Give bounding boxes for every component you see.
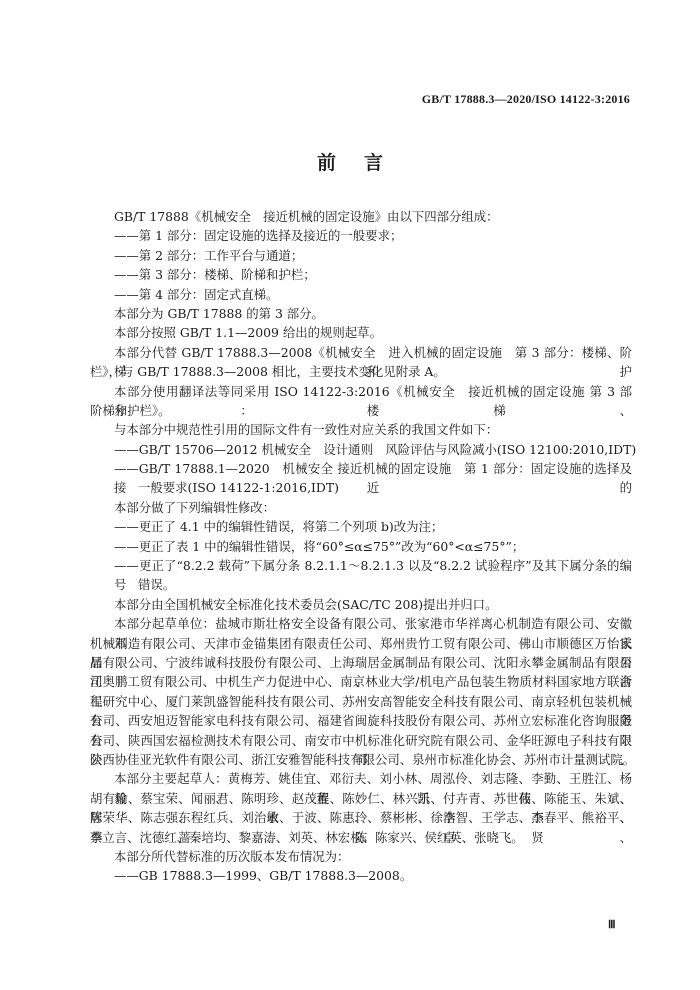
text-line: 本部分所代替标准的历次版本发布情况为： (90, 847, 632, 866)
text-line: 本部分按照 GB/T 1.1—2009 给出的规则起草。 (90, 323, 632, 342)
text-line: ——第 4 部分：固定式直梯。 (90, 285, 632, 304)
text-line: 本部分为 GB/T 17888 的第 3 部分。 (90, 304, 632, 323)
text-line: 本部分起草单位：盐城市斯壮格安全设备有限公司、张家港市华祥离心机制造有限公司、安… (90, 614, 632, 633)
text-line: 本部分使用翻译法等同采用 ISO 14122-3:2016《机械安全 接近机械的… (90, 382, 632, 401)
text-line: 程研究中心、厦门莱凯盛智能科技有限公司、苏州安高智能安全科技有限公司、南京轻机包… (90, 692, 632, 711)
text-line: 品有限公司、宁波纬诚科技股份有限公司、上海瑞居金属制品有限公司、沈阳永攀金属制品… (90, 653, 632, 672)
text-line: 与本部分中规范性引用的国际文件有一致性对应关系的我国文件如下： (90, 420, 632, 439)
text-line: 错误。 (90, 575, 632, 594)
text-line: ——更正了表 1 中的编辑性错误，将“60°≤α≤75°”改为“60°<α≤75… (90, 537, 632, 556)
text-line: 陕西协佳亚光软件有限公司、浙江安雅智能科技有限公司、泉州市标准化协会、苏州市计量… (90, 750, 632, 769)
text-line: ——GB/T 17888.1—2020 机械安全 接近机械的固定设施 第 1 部… (90, 459, 632, 478)
text-line: 江奥鹏工贸有限公司、中机生产力促进中心、南京林业大学/机电产品包装生物质材料国家… (90, 672, 632, 691)
text-line: 本部分做了下列编辑性修改： (90, 498, 632, 517)
text-line: 本部分代替 GB/T 17888.3—2008《机械安全 进入机械的固定设施 第… (90, 343, 632, 362)
text-line: ——更正了 4.1 中的编辑性错误，将第二个列项 b)改为注； (90, 517, 632, 536)
text-line: ——更正了“8.2.2 载荷”下属分条 8.2.1.1～8.2.1.3 以及“8… (90, 556, 632, 575)
text-line: 公司、西安旭迈智能家电科技有限公司、福建省闽旋科技股份有限公司、苏州立宏标准化咨… (90, 711, 632, 730)
text-line: 居荣华、陈志强、程红兵、刘治永、于波、陈惠玲、蔡彬彬、徐浩智、王学志、李春平、熊… (90, 808, 632, 827)
text-line: 公司、陕西国宏福检测技术有限公司、南安市中机标准化研究院有限公司、金华旺源电子科… (90, 731, 632, 750)
text-line: ——GB 17888.3—1999、GB/T 17888.3—2008。 (90, 866, 632, 885)
foreword-body: GB/T 17888《机械安全 接近机械的固定设施》由以下四部分组成：——第 1… (90, 207, 632, 886)
text-line: 本部分由全国机械安全标准化技术委员会(SAC/TC 208)提出并归口。 (90, 595, 632, 614)
text-line: 胡有瑜、蔡宝荣、闻丽君、陈明珍、赵茂程、陈妙仁、林兴乐、付卉青、苏世伟、陈能玉、… (90, 789, 632, 808)
text-line: GB/T 17888《机械安全 接近机械的固定设施》由以下四部分组成： (90, 207, 632, 226)
text-line: ——第 3 部分：楼梯、阶梯和护栏； (90, 265, 632, 284)
text-line: ——GB/T 15706—2012 机械安全 设计通则 风险评估与风险减小(IS… (90, 440, 632, 459)
text-line: 本部分主要起草人：黄梅芳、姚佳宜、邓衍夫、刘小林、周泓伶、刘志隆、李勤、王胜江、… (90, 769, 632, 788)
text-line: ——第 1 部分：固定设施的选择及接近的一般要求； (90, 226, 632, 245)
standard-code-header: GB/T 17888.3—2020/ISO 14122-3:2016 (422, 92, 630, 107)
page-number: Ⅲ (608, 918, 616, 931)
text-line: 机械制造有限公司、天津市金锚集团有限责任公司、郑州贵竹工贸有限公司、佛山市顺德区… (90, 634, 632, 653)
text-line: ——第 2 部分：工作平台与通道； (90, 246, 632, 265)
page-title: 前言 (0, 148, 700, 175)
